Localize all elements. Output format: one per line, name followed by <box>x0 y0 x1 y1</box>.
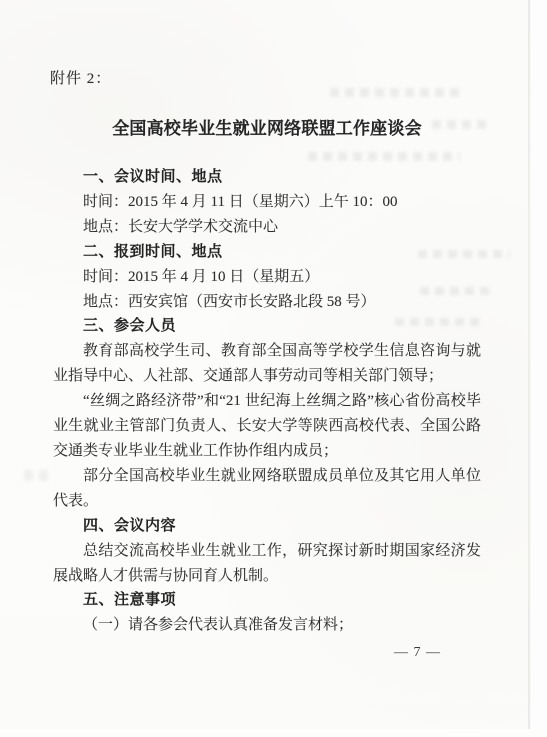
scan-edge-strip <box>531 0 547 737</box>
participants-paragraph-2: “丝绸之路经济带”和“21 世纪海上丝绸之路”核心省份高校毕业生就业主管部门负责… <box>53 389 481 464</box>
participants-paragraph-1: 教育部高校学生司、教育部全国高等学校学生信息咨询与就业指导中心、人社部、交通部人… <box>53 339 481 389</box>
section-heading-5: 五、注意事项 <box>53 588 481 613</box>
checkin-place-line: 地点：西安宾馆（西安市长安路北段 58 号） <box>53 290 481 315</box>
meeting-time-line: 时间：2015 年 4 月 11 日（星期六）上午 10：00 <box>53 190 481 215</box>
page-number: — 7 — <box>394 645 441 661</box>
section-heading-1: 一、会议时间、地点 <box>53 165 481 190</box>
section-heading-4: 四、会议内容 <box>53 514 481 539</box>
document-body: 一、会议时间、地点 时间：2015 年 4 月 11 日（星期六）上午 10：0… <box>53 165 481 638</box>
scan-bottom-strip <box>0 729 547 737</box>
scan-bleed-artifact <box>308 152 460 161</box>
attachment-label: 附件 2： <box>50 67 111 88</box>
scan-bleed-artifact <box>24 470 54 481</box>
document-title: 全国高校毕业生就业网络联盟工作座谈会 <box>53 114 481 139</box>
meeting-place-line: 地点：长安大学学术交流中心 <box>53 215 481 240</box>
scan-bleed-artifact <box>330 88 462 97</box>
checkin-time-line: 时间：2015 年 4 月 10 日（星期五） <box>53 265 481 290</box>
section-heading-2: 二、报到时间、地点 <box>53 240 481 265</box>
notes-paragraph-1: （一）请各参会代表认真准备发言材料； <box>53 613 481 638</box>
section-heading-3: 三、参会人员 <box>53 314 481 339</box>
scan-edge-shadow <box>528 0 530 737</box>
participants-paragraph-3: 部分全国高校毕业生就业网络联盟成员单位及其它用人单位代表。 <box>53 464 481 514</box>
content-paragraph: 总结交流高校毕业生就业工作，研究探讨新时期国家经济发展战略人才供需与协同育人机制… <box>53 539 481 589</box>
scanned-document-page: 附件 2： 全国高校毕业生就业网络联盟工作座谈会 一、会议时间、地点 时间：20… <box>0 0 547 737</box>
